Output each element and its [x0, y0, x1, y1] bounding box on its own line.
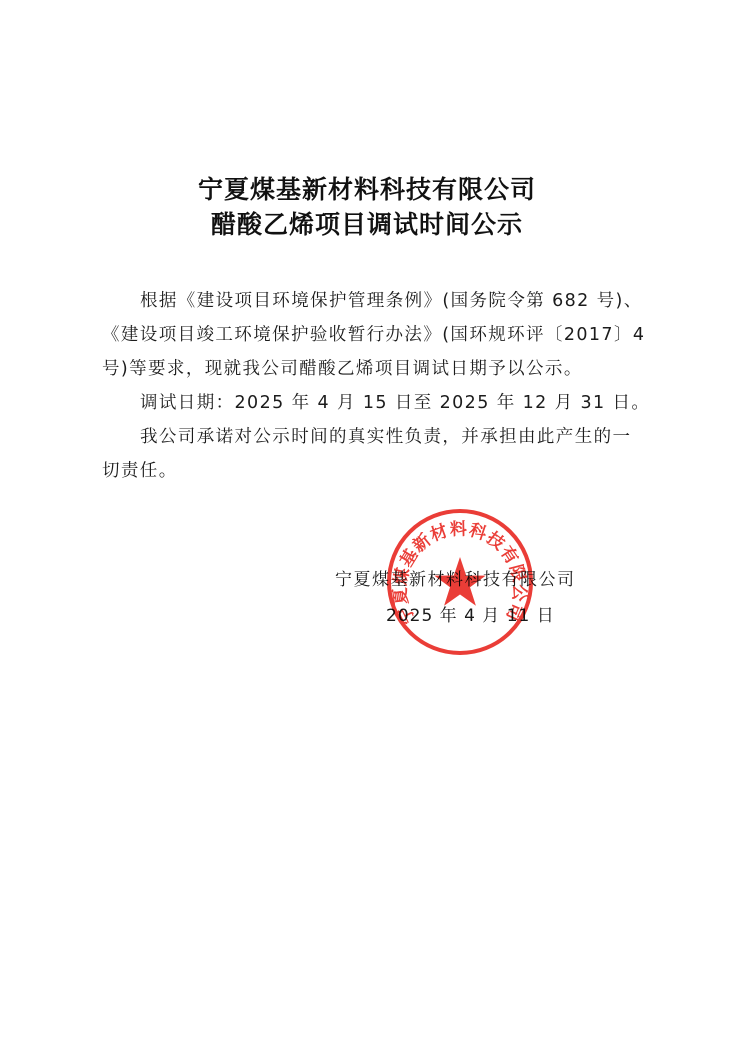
text-line: 切责任。 — [102, 454, 636, 488]
company-seal: 宁夏煤基新材料科技有限公司 — [386, 508, 534, 656]
document-page: 宁夏煤基新材料科技有限公司 醋酸乙烯项目调试时间公示 根据《建设项目环境保护管理… — [0, 0, 734, 1038]
paragraph-commitment: 我公司承诺对公示时间的真实性负责，并承担由此产生的一 切责任。 — [102, 420, 636, 488]
document-title: 宁夏煤基新材料科技有限公司 醋酸乙烯项目调试时间公示 — [0, 172, 734, 242]
paragraph-debug-period: 调试日期：2025 年 4 月 15 日至 2025 年 12 月 31 日。 — [102, 386, 636, 420]
text-line: 调试日期：2025 年 4 月 15 日至 2025 年 12 月 31 日。 — [102, 386, 636, 420]
text-line: 根据《建设项目环境保护管理条例》(国务院令第 682 号)、 — [102, 284, 636, 318]
seal-graphic: 宁夏煤基新材料科技有限公司 — [386, 508, 534, 656]
star-icon — [434, 557, 485, 606]
text-line: 我公司承诺对公示时间的真实性负责，并承担由此产生的一 — [102, 420, 636, 454]
title-notice: 醋酸乙烯项目调试时间公示 — [0, 207, 734, 242]
paragraph-legal-basis: 根据《建设项目环境保护管理条例》(国务院令第 682 号)、 《建设项目竣工环境… — [102, 284, 636, 386]
document-body: 根据《建设项目环境保护管理条例》(国务院令第 682 号)、 《建设项目竣工环境… — [102, 284, 636, 488]
text-line: 号)等要求，现就我公司醋酸乙烯项目调试日期予以公示。 — [102, 352, 636, 386]
text-line: 《建设项目竣工环境保护验收暂行办法》(国环规环评〔2017〕4 — [102, 318, 636, 352]
title-company: 宁夏煤基新材料科技有限公司 — [0, 172, 734, 207]
